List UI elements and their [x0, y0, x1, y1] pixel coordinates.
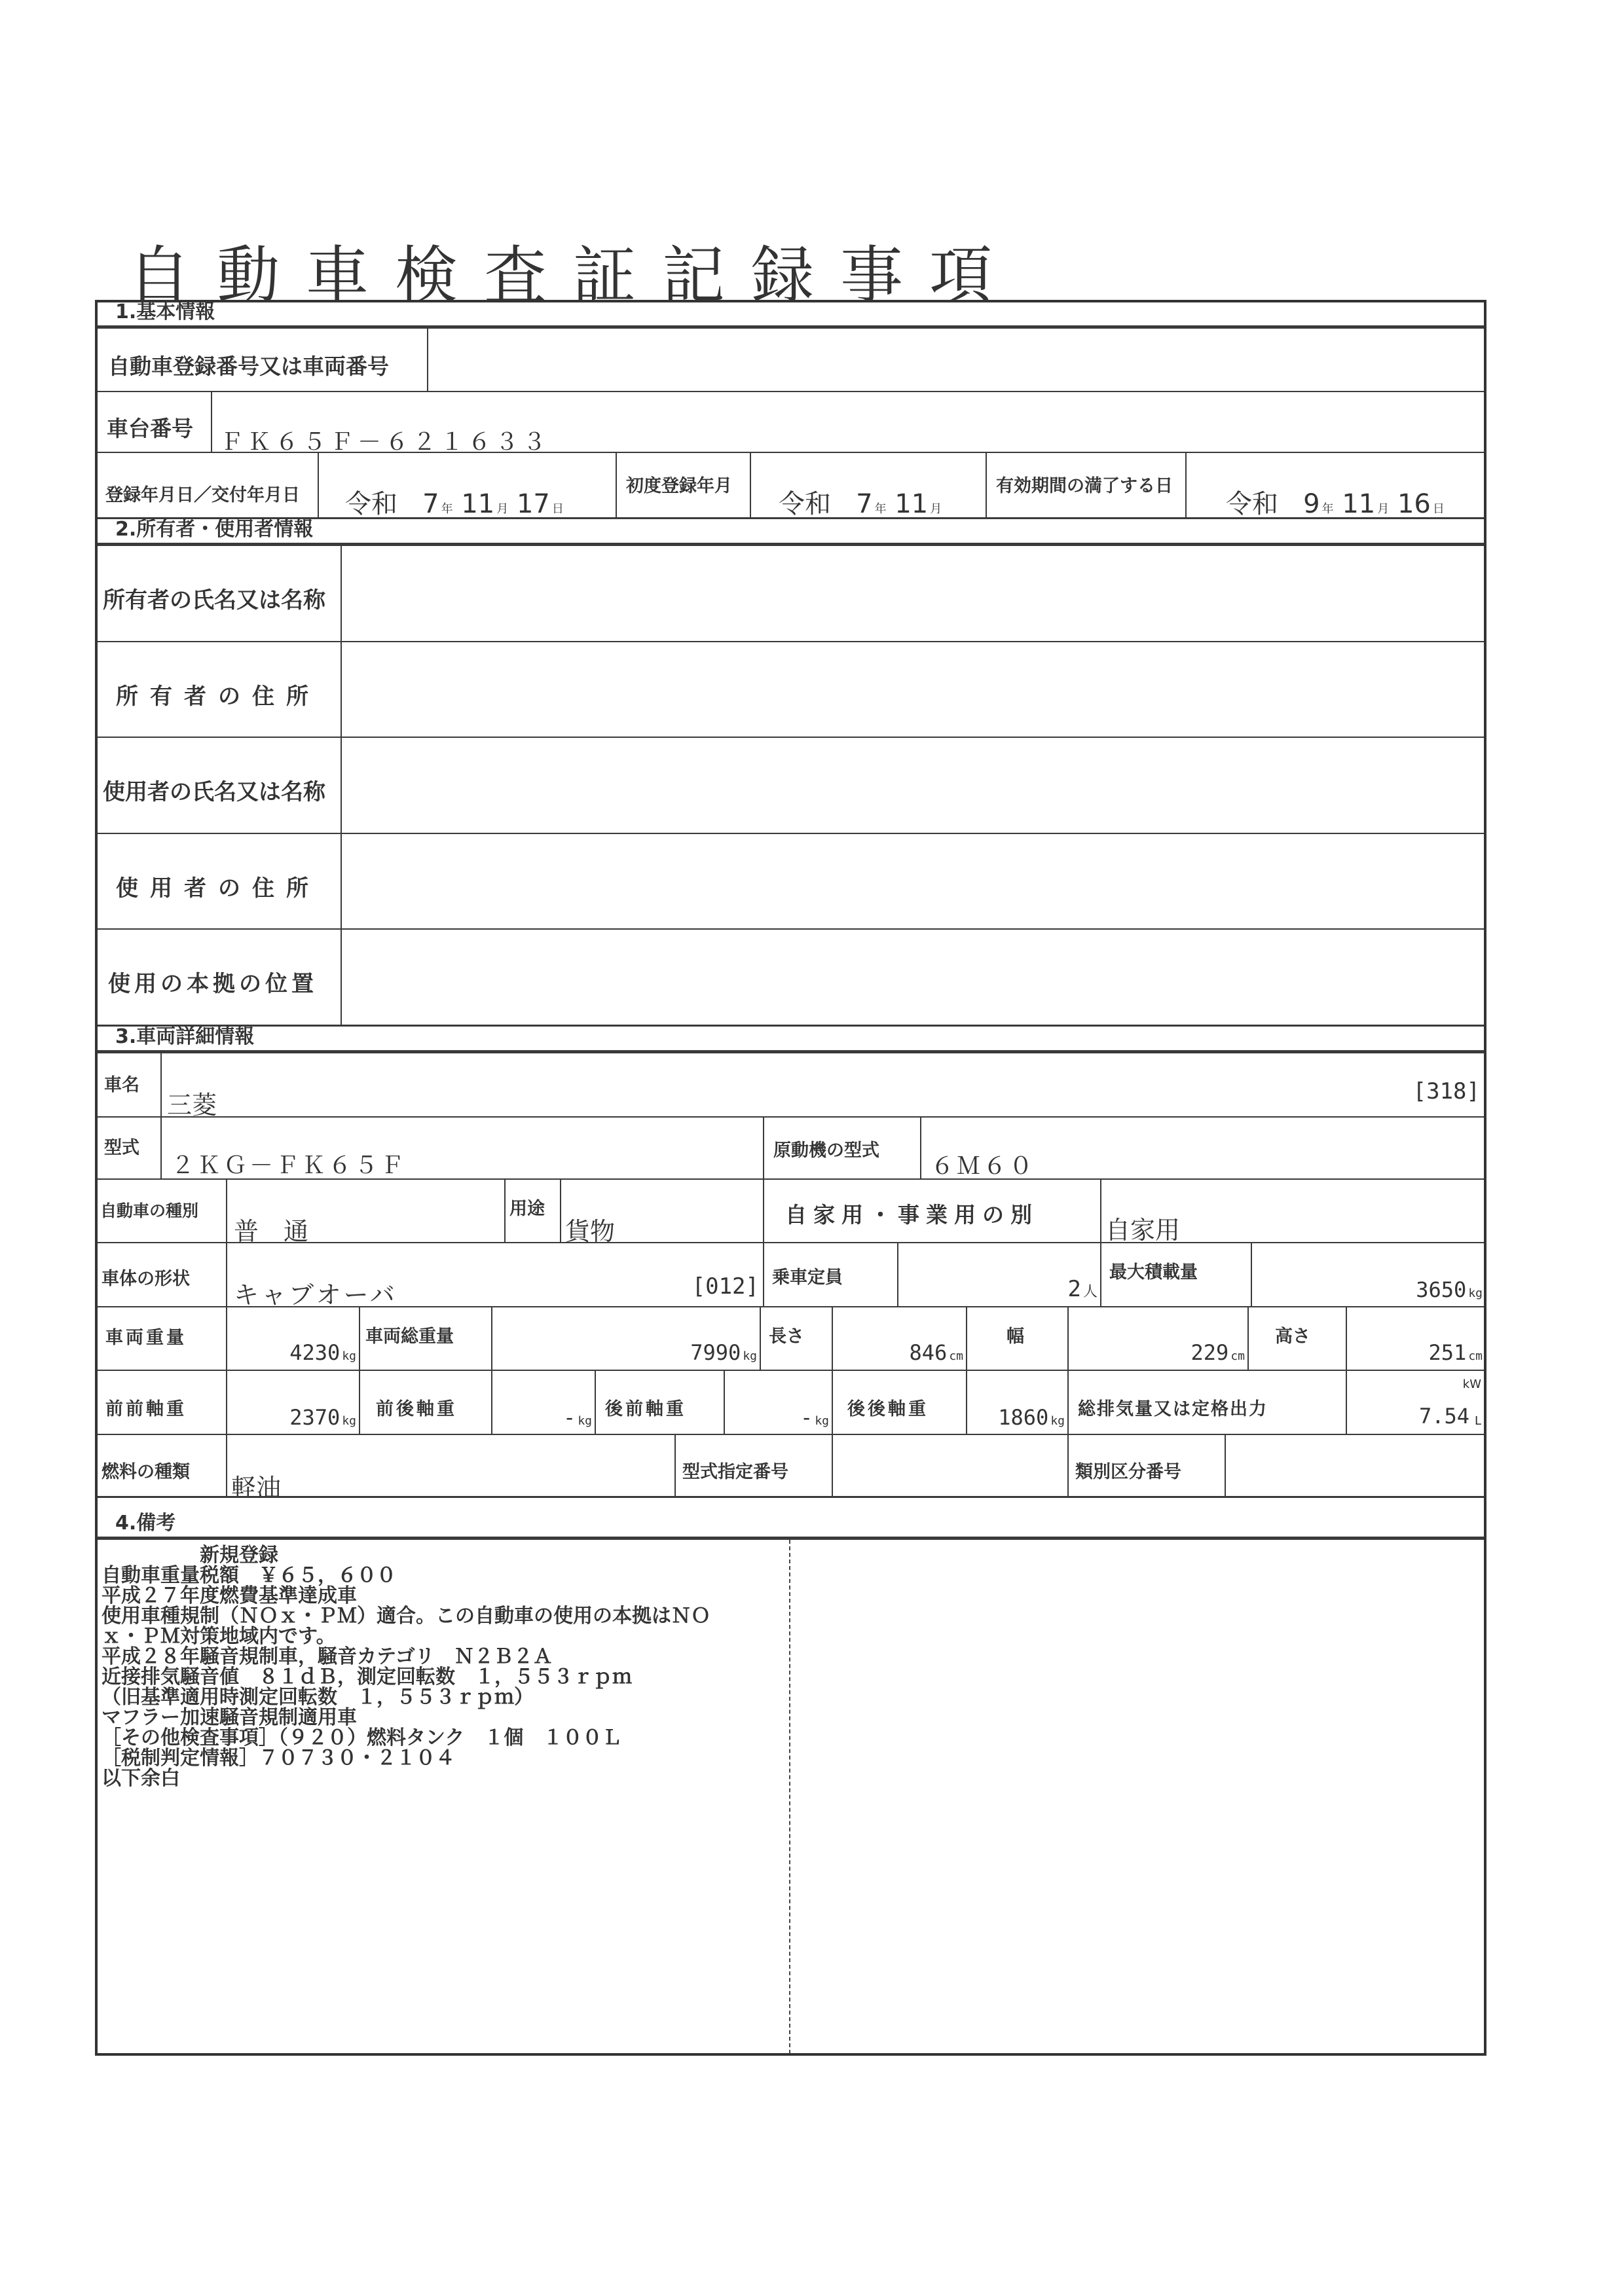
remarks-line: 平成２８年騒音規制車，騒音カテゴリ Ｎ２Ｂ２Ａ: [101, 1647, 710, 1667]
user-address-field[interactable]: [341, 833, 1486, 930]
fr-axle-label-cell: 前後軸重: [359, 1370, 492, 1435]
length-value: 846cm: [910, 1340, 963, 1365]
section4-header: 4.備考: [95, 1496, 1486, 1540]
vehicle-type-label: 自動車の種別: [100, 1198, 198, 1222]
gross-weight-label-cell: 車両総重量: [359, 1306, 492, 1371]
width-field[interactable]: 229cm: [1067, 1306, 1249, 1371]
rf-axle-label-cell: 後前軸重: [595, 1370, 725, 1435]
displacement-label: 総排気量又は定格出力: [1078, 1394, 1268, 1420]
displacement-value: 7.54: [1419, 1404, 1469, 1429]
ff-axle-label: 前前軸重: [105, 1394, 187, 1420]
displacement-label-cell: 総排気量又は定格出力: [1067, 1370, 1347, 1435]
base-location-label-cell: 使用の本拠の位置: [95, 928, 342, 1026]
length-label-cell: 長さ: [760, 1306, 833, 1371]
reg-date-label: 登録年月日／交付年月日: [105, 481, 300, 506]
remarks-line: 以下余白: [101, 1768, 710, 1789]
body-shape-label: 車体の形状: [101, 1264, 190, 1290]
expiry-label-cell: 有効期間の満了する日: [986, 452, 1187, 519]
remarks-line: 近接排気騒音値 ８１ｄＢ，測定回転数 １，５５３ｒｐｍ: [101, 1667, 710, 1687]
height-value: 251cm: [1429, 1340, 1483, 1365]
user-name-label-cell: 使用者の氏名又は名称: [95, 737, 342, 834]
vehicle-type-label-cell: 自動車の種別: [95, 1178, 227, 1243]
user-address-label-cell: 使用者の住所: [95, 833, 342, 930]
displacement-field[interactable]: kW 7.54 L: [1346, 1370, 1486, 1435]
capacity-value: 2人: [1068, 1276, 1098, 1302]
first-reg-label: 初度登録年月: [626, 471, 732, 497]
user-address-label: 使用者の住所: [116, 870, 320, 902]
width-value: 229cm: [1191, 1340, 1245, 1365]
section4-header-text: 4.備考: [115, 1506, 175, 1535]
rf-axle-label: 後前軸重: [605, 1394, 686, 1420]
section1-header-text: 1.基本情報: [115, 295, 215, 324]
owner-name-field[interactable]: [341, 545, 1486, 642]
length-label: 長さ: [769, 1322, 804, 1347]
first-reg-field[interactable]: 令和 7年 11月: [750, 452, 987, 519]
body-shape-code: [012]: [692, 1273, 759, 1300]
reg-date-value: 令和 7年 11月 17日: [345, 483, 564, 520]
remarks-line: 使用車種規制（ＮＯｘ・ＰＭ）適合。この自動車の使用の本拠はＮＯ: [101, 1606, 710, 1626]
owner-name-label-cell: 所有者の氏名又は名称: [95, 545, 342, 642]
fr-axle-label: 前後軸重: [376, 1394, 457, 1420]
engine-model-label: 原動機の型式: [773, 1136, 879, 1161]
fr-axle-value: -kg: [563, 1405, 592, 1430]
displacement-unit-kw: kW: [1463, 1377, 1481, 1391]
vehicle-weight-label-cell: 車両重量: [95, 1306, 227, 1371]
expiry-label: 有効期間の満了する日: [996, 471, 1173, 497]
displacement-unit-l: L: [1475, 1414, 1481, 1428]
vehicle-type-field[interactable]: 普 通: [226, 1178, 506, 1243]
section3-header: 3.車両詳細情報: [95, 1025, 1486, 1053]
remarks-line: 新規登録: [101, 1545, 710, 1565]
section2-header-text: 2.所有者・使用者情報: [115, 513, 313, 541]
private-business-value: 自家用: [1105, 1210, 1180, 1246]
rr-axle-value: 1860kg: [998, 1405, 1065, 1430]
fuel-field[interactable]: 軽油: [226, 1434, 676, 1497]
private-business-label-cell: 自家用・事業用の別: [763, 1178, 1101, 1243]
capacity-label-cell: 乗車定員: [763, 1242, 898, 1307]
owner-address-label-cell: 所有者の住所: [95, 641, 342, 738]
chassis-label-cell: 車台番号: [95, 391, 212, 453]
gross-weight-field[interactable]: 7990kg: [491, 1306, 761, 1371]
reg-number-label-cell: 自動車登録番号又は車両番号: [95, 327, 428, 392]
car-name-label-cell: 車名: [95, 1052, 162, 1118]
width-label: 幅: [1006, 1322, 1024, 1347]
reg-number-label: 自動車登録番号又は車両番号: [108, 350, 389, 380]
width-label-cell: 幅: [966, 1306, 1069, 1371]
max-load-field[interactable]: 3650kg: [1251, 1242, 1486, 1307]
car-name-field[interactable]: 三菱 [318]: [160, 1052, 1486, 1118]
expiry-value: 令和 9年 11月 16日: [1226, 483, 1445, 520]
usage-label-cell: 用途: [504, 1178, 561, 1243]
owner-name-label: 所有者の氏名又は名称: [103, 582, 325, 614]
rr-axle-label-cell: 後後軸重: [832, 1370, 967, 1435]
max-load-value: 3650kg: [1416, 1277, 1483, 1302]
vehicle-weight-value: 4230kg: [289, 1340, 356, 1365]
model-label: 型式: [104, 1133, 139, 1159]
remarks-line: 自動車重量税額 ￥６５，６００: [101, 1565, 710, 1586]
model-label-cell: 型式: [95, 1116, 162, 1180]
fr-axle-field[interactable]: -kg: [491, 1370, 596, 1435]
base-location-label: 使用の本拠の位置: [108, 966, 318, 998]
first-reg-label-cell: 初度登録年月: [616, 452, 751, 519]
usage-label: 用途: [509, 1194, 545, 1220]
engine-model-value: ６Ｍ６０: [931, 1148, 1035, 1181]
rf-axle-field[interactable]: -kg: [724, 1370, 833, 1435]
chassis-label: 車台番号: [107, 412, 193, 443]
section3-header-text: 3.車両詳細情報: [115, 1020, 254, 1049]
section1-header: 1.基本情報: [95, 300, 1486, 329]
fuel-label-cell: 燃料の種類: [95, 1434, 227, 1497]
body-shape-label-cell: 車体の形状: [95, 1242, 227, 1307]
car-name-value: 三菱: [167, 1085, 217, 1121]
remarks-line: ｘ・ＰＭ対策地域内です。: [101, 1626, 710, 1647]
private-business-field[interactable]: 自家用: [1100, 1178, 1486, 1243]
length-field[interactable]: 846cm: [832, 1306, 967, 1371]
owner-address-label: 所有者の住所: [116, 678, 320, 710]
ff-axle-value: 2370kg: [289, 1405, 356, 1430]
engine-model-label-cell: 原動機の型式: [763, 1116, 921, 1180]
remarks-line: 平成２７年度燃費基準達成車: [101, 1586, 710, 1606]
chassis-field[interactable]: ＦＫ６５Ｆ－６２１６３３: [211, 391, 1486, 453]
car-name-code: [318]: [1413, 1078, 1480, 1104]
model-field[interactable]: ２ＫＧ－ＦＫ６５Ｆ: [160, 1116, 764, 1180]
expiry-field[interactable]: 令和 9年 11月 16日: [1185, 452, 1486, 519]
height-field[interactable]: 251cm: [1346, 1306, 1486, 1371]
private-business-label: 自家用・事業用の別: [785, 1198, 1039, 1229]
gross-weight-label: 車両総重量: [365, 1322, 454, 1347]
type-designation-label-cell: 型式指定番号: [674, 1434, 833, 1497]
user-name-field[interactable]: [341, 737, 1486, 834]
usage-field[interactable]: 貨物: [560, 1178, 764, 1243]
category-field[interactable]: [1225, 1434, 1486, 1497]
vehicle-weight-label: 車両重量: [105, 1323, 187, 1349]
max-load-label-cell: 最大積載量: [1100, 1242, 1252, 1307]
capacity-label: 乗車定員: [772, 1263, 843, 1288]
category-label: 類別区分番号: [1075, 1457, 1181, 1483]
engine-model-field[interactable]: ６Ｍ６０: [920, 1116, 1486, 1180]
ff-axle-label-cell: 前前軸重: [95, 1370, 227, 1435]
fuel-label: 燃料の種類: [101, 1457, 190, 1483]
reg-number-field[interactable]: [427, 327, 1486, 392]
rr-axle-field[interactable]: 1860kg: [966, 1370, 1069, 1435]
remarks-line: マフラー加速騒音規制適用車: [101, 1707, 710, 1728]
vehicle-weight-field[interactable]: 4230kg: [226, 1306, 360, 1371]
remarks-divider: [789, 1540, 790, 2054]
section2-header: 2.所有者・使用者情報: [95, 517, 1486, 546]
first-reg-value: 令和 7年 11月: [779, 483, 942, 520]
height-label-cell: 高さ: [1247, 1306, 1347, 1371]
rr-axle-label: 後後軸重: [847, 1394, 929, 1420]
rf-axle-value: -kg: [800, 1405, 829, 1430]
reg-date-field[interactable]: 令和 7年 11月 17日: [318, 452, 617, 519]
type-designation-label: 型式指定番号: [682, 1457, 788, 1483]
remarks-line: ［その他検査事項］（９２０）燃料タンク １個 １００Ｌ: [101, 1728, 710, 1748]
model-value: ２ＫＧ－ＦＫ６５Ｆ: [171, 1147, 407, 1180]
capacity-field[interactable]: 2人: [897, 1242, 1101, 1307]
remarks-line: （旧基準適用時測定回転数 １，５５３ｒｐｍ）: [101, 1687, 710, 1707]
remarks-line: ［税制判定情報］７０７３０・２１０４: [101, 1748, 710, 1768]
max-load-label: 最大積載量: [1109, 1258, 1198, 1283]
type-designation-field[interactable]: [832, 1434, 1069, 1497]
owner-address-field[interactable]: [341, 641, 1486, 738]
base-location-field[interactable]: [341, 928, 1486, 1026]
height-label: 高さ: [1275, 1322, 1310, 1347]
body-shape-field[interactable]: キャブオーバ [012]: [226, 1242, 764, 1307]
category-label-cell: 類別区分番号: [1067, 1434, 1226, 1497]
body-shape-value: キャブオーバ: [234, 1275, 397, 1311]
user-name-label: 使用者の氏名又は名称: [103, 774, 325, 806]
gross-weight-value: 7990kg: [690, 1340, 757, 1365]
car-name-label: 車名: [104, 1070, 139, 1096]
remarks-text: 新規登録自動車重量税額 ￥６５，６００平成２７年度燃費基準達成車使用車種規制（Ｎ…: [101, 1545, 710, 1789]
reg-date-label-cell: 登録年月日／交付年月日: [95, 452, 319, 519]
ff-axle-field[interactable]: 2370kg: [226, 1370, 360, 1435]
